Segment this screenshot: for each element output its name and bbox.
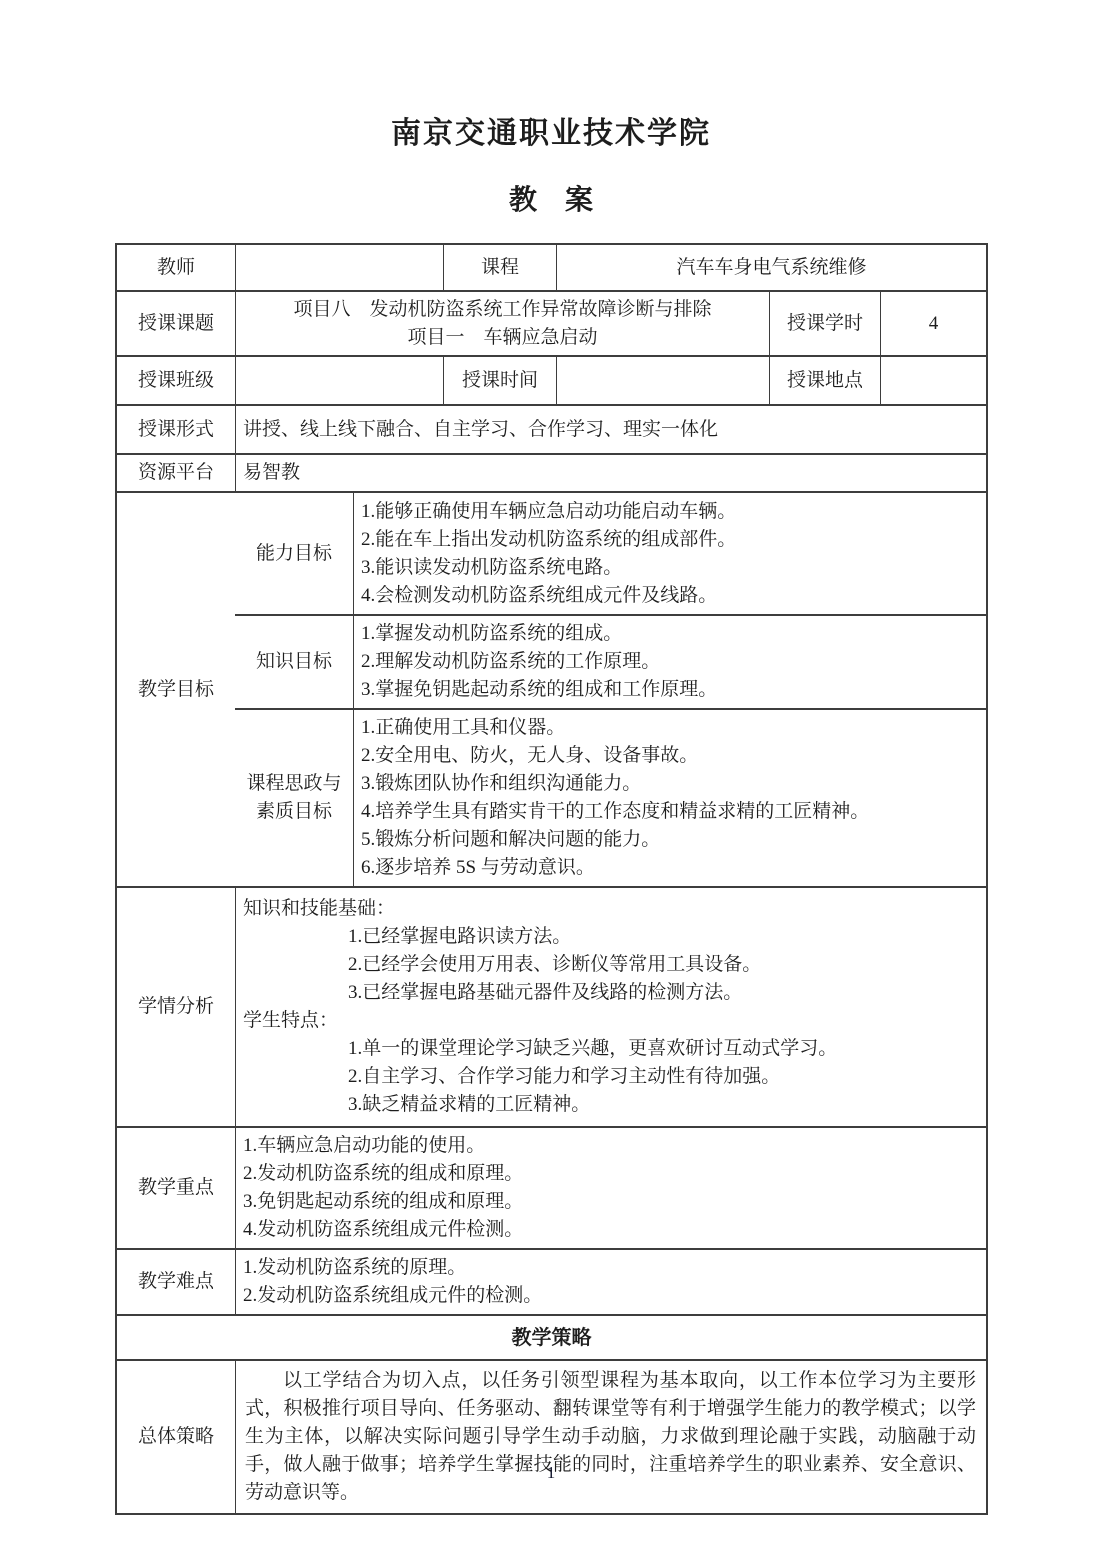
list-item: 3.已经掌握电路基础元器件及线路的检测方法。	[243, 979, 978, 1007]
strategy-section-title: 教学策略	[117, 1316, 986, 1359]
topic-value: 项目八 发动机防盗系统工作异常故障诊断与排除 项目一 车辆应急启动	[235, 292, 769, 355]
doc-title: 教 案	[0, 178, 1102, 218]
list-item: 1.已经掌握电路识读方法。	[243, 923, 978, 951]
ideology-goal-items: 1.正确使用工具和仪器。 2.安全用电、防火，无人身、设备事故。 3.锻炼团队协…	[353, 710, 986, 886]
label-line: 素质目标	[256, 798, 332, 826]
list-item: 2.理解发动机防盗系统的工作原理。	[361, 648, 978, 676]
difficulties-label: 教学难点	[117, 1250, 235, 1314]
time-label: 授课时间	[443, 357, 556, 404]
platform-value: 易智教	[235, 455, 986, 491]
page-number: 1	[0, 1463, 1102, 1483]
row-difficulties: 教学难点 1.发动机防盗系统的原理。 2.发动机防盗系统组成元件的检测。	[117, 1248, 986, 1314]
list-item: 3.免钥匙起动系统的组成和原理。	[243, 1188, 978, 1216]
label-line: 课程思政与	[246, 770, 341, 798]
row-teacher-course: 教师 课程 汽车车身电气系统维修	[117, 245, 986, 290]
row-topic-hours: 授课课题 项目八 发动机防盗系统工作异常故障诊断与排除 项目一 车辆应急启动 授…	[117, 290, 986, 355]
objectives-ideology-row: 课程思政与 素质目标 1.正确使用工具和仪器。 2.安全用电、防火，无人身、设备…	[235, 708, 986, 886]
platform-label: 资源平台	[117, 455, 235, 491]
lesson-plan-table: 教师 课程 汽车车身电气系统维修 授课课题 项目八 发动机防盗系统工作异常故障诊…	[115, 243, 988, 1515]
row-platform: 资源平台 易智教	[117, 453, 986, 491]
place-label: 授课地点	[769, 357, 880, 404]
objectives-knowledge-row: 知识目标 1.掌握发动机防盗系统的组成。 2.理解发动机防盗系统的工作原理。 3…	[235, 614, 986, 708]
list-item: 1.发动机防盗系统的原理。	[243, 1254, 978, 1282]
ability-goal-label: 能力目标	[235, 493, 353, 614]
form-value: 讲授、线上线下融合、自主学习、合作学习、理实一体化	[235, 406, 986, 453]
list-item: 4.会检测发动机防盗系统组成元件及线路。	[361, 582, 978, 610]
document-page: 南京交通职业技术学院 教 案 教师 课程 汽车车身电气系统维修 授课课题 项目八…	[0, 0, 1102, 1559]
form-label: 授课形式	[117, 406, 235, 453]
list-item: 3.锻炼团队协作和组织沟通能力。	[361, 770, 978, 798]
list-item: 1.能够正确使用车辆应急启动功能启动车辆。	[361, 498, 978, 526]
class-label: 授课班级	[117, 357, 235, 404]
knowledge-goal-items: 1.掌握发动机防盗系统的组成。 2.理解发动机防盗系统的工作原理。 3.掌握免钥…	[353, 616, 986, 708]
row-class-time-place: 授课班级 授课时间 授课地点	[117, 355, 986, 404]
hours-value: 4	[880, 292, 986, 355]
class-value	[235, 357, 443, 404]
list-item: 3.缺乏精益求精的工匠精神。	[243, 1091, 978, 1119]
row-overall-strategy: 总体策略 以工学结合为切入点，以任务引领型课程为基本取向，以工作本位学习为主要形…	[117, 1359, 986, 1513]
teacher-value	[235, 245, 443, 290]
objectives-ability-row: 能力目标 1.能够正确使用车辆应急启动功能启动车辆。 2.能在车上指出发动机防盗…	[235, 493, 986, 614]
topic-label: 授课课题	[117, 292, 235, 355]
list-item: 2.能在车上指出发动机防盗系统的组成部件。	[361, 526, 978, 554]
teacher-label: 教师	[117, 245, 235, 290]
list-item: 3.掌握免钥匙起动系统的组成和工作原理。	[361, 676, 978, 704]
analysis-heading: 学生特点：	[243, 1007, 978, 1035]
row-strategy-header: 教学策略	[117, 1314, 986, 1359]
key-points-content: 1.车辆应急启动功能的使用。 2.发动机防盗系统的组成和原理。 3.免钥匙起动系…	[235, 1128, 986, 1248]
hours-label: 授课学时	[769, 292, 880, 355]
row-key-points: 教学重点 1.车辆应急启动功能的使用。 2.发动机防盗系统的组成和原理。 3.免…	[117, 1126, 986, 1248]
school-title: 南京交通职业技术学院	[0, 0, 1102, 152]
objectives-subtable: 能力目标 1.能够正确使用车辆应急启动功能启动车辆。 2.能在车上指出发动机防盗…	[235, 493, 986, 886]
objectives-label: 教学目标	[117, 493, 235, 886]
row-analysis: 学情分析 知识和技能基础： 1.已经掌握电路识读方法。 2.已经学会使用万用表、…	[117, 886, 986, 1126]
analysis-content: 知识和技能基础： 1.已经掌握电路识读方法。 2.已经学会使用万用表、诊断仪等常…	[235, 888, 986, 1126]
list-item: 2.发动机防盗系统组成元件的检测。	[243, 1282, 978, 1310]
list-item: 2.发动机防盗系统的组成和原理。	[243, 1160, 978, 1188]
list-item: 4.培养学生具有踏实肯干的工作态度和精益求精的工匠精神。	[361, 798, 978, 826]
list-item: 3.能识读发动机防盗系统电路。	[361, 554, 978, 582]
analysis-label: 学情分析	[117, 888, 235, 1126]
overall-strategy-label: 总体策略	[117, 1361, 235, 1513]
ability-goal-items: 1.能够正确使用车辆应急启动功能启动车辆。 2.能在车上指出发动机防盗系统的组成…	[353, 493, 986, 614]
list-item: 1.正确使用工具和仪器。	[361, 714, 978, 742]
topic-line: 项目一 车辆应急启动	[407, 324, 597, 352]
list-item: 4.发动机防盗系统组成元件检测。	[243, 1216, 978, 1244]
difficulties-content: 1.发动机防盗系统的原理。 2.发动机防盗系统组成元件的检测。	[235, 1250, 986, 1314]
time-value	[556, 357, 769, 404]
list-item: 5.锻炼分析问题和解决问题的能力。	[361, 826, 978, 854]
list-item: 2.安全用电、防火，无人身、设备事故。	[361, 742, 978, 770]
list-item: 2.已经学会使用万用表、诊断仪等常用工具设备。	[243, 951, 978, 979]
list-item: 1.车辆应急启动功能的使用。	[243, 1132, 978, 1160]
strategy-paragraph: 以工学结合为切入点，以任务引领型课程为基本取向，以工作本位学习为主要形式，积极推…	[236, 1361, 986, 1513]
row-objectives: 教学目标 能力目标 1.能够正确使用车辆应急启动功能启动车辆。 2.能在车上指出…	[117, 491, 986, 886]
overall-strategy-content: 以工学结合为切入点，以任务引领型课程为基本取向，以工作本位学习为主要形式，积极推…	[235, 1361, 986, 1513]
place-value	[880, 357, 986, 404]
knowledge-goal-label: 知识目标	[235, 616, 353, 708]
analysis-heading: 知识和技能基础：	[243, 895, 978, 923]
topic-line: 项目八 发动机防盗系统工作异常故障诊断与排除	[293, 296, 711, 324]
list-item: 1.掌握发动机防盗系统的组成。	[361, 620, 978, 648]
row-form: 授课形式 讲授、线上线下融合、自主学习、合作学习、理实一体化	[117, 404, 986, 453]
key-points-label: 教学重点	[117, 1128, 235, 1248]
list-item: 6.逐步培养 5S 与劳动意识。	[361, 854, 978, 882]
list-item: 2.自主学习、合作学习能力和学习主动性有待加强。	[243, 1063, 978, 1091]
course-label: 课程	[443, 245, 556, 290]
list-item: 1.单一的课堂理论学习缺乏兴趣，更喜欢研讨互动式学习。	[243, 1035, 978, 1063]
ideology-goal-label: 课程思政与 素质目标	[235, 710, 353, 886]
course-value: 汽车车身电气系统维修	[556, 245, 986, 290]
